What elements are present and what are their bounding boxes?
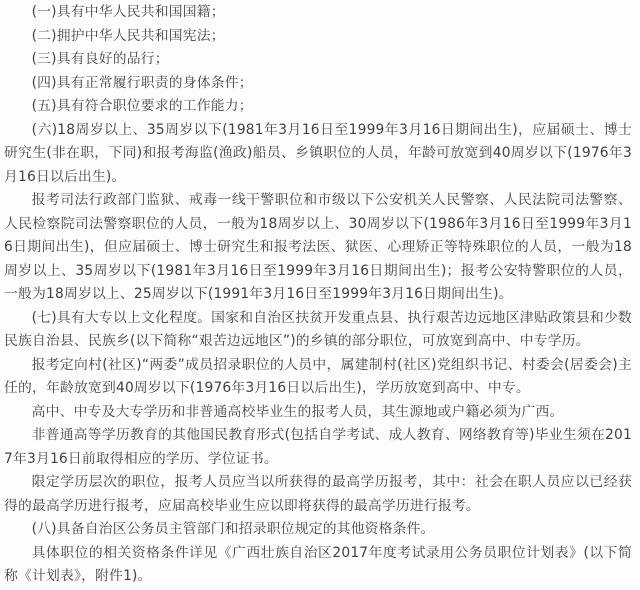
paragraph-item-6: (六)18周岁以上、35周岁以下(1981年3月16日至1999年3月16日期间…: [4, 119, 632, 190]
paragraph-item-7: (七)具有大专以上文化程度。国家和自治区扶贫开发重点县、执行艰苦边远地区津贴政策…: [4, 307, 632, 354]
paragraph-plan-table-reference: 具体职位的相关资格条件详见《广西壮族自治区2017年度考试录用公务员职位计划表》…: [4, 542, 632, 589]
paragraph-police-age-rules: 报考司法行政部门监狱、戒毒一线干警职位和市级以下公安机关人民警察、人民法院司法警…: [4, 189, 632, 307]
paragraph-residency-requirement: 高中、中专及大专学历和非普通高校毕业生的报考人员，其生源地或户籍必须为广西。: [4, 401, 632, 425]
paragraph-item-5: (五)具有符合职位要求的工作能力；: [4, 95, 632, 119]
paragraph-diploma-deadline: 非普通高等学历教育的其他国民教育形式(包括自学考试、成人教育、网络教育等)毕业生…: [4, 424, 632, 471]
paragraph-item-8: (八)具备自治区公务员主管部门和招录职位规定的其他资格条件。: [4, 518, 632, 542]
paragraph-item-3: (三)具有良好的品行；: [4, 48, 632, 72]
paragraph-item-1: (一)具有中华人民共和国国籍；: [4, 1, 632, 25]
document-page: (一)具有中华人民共和国国籍； (二)拥护中华人民共和国宪法； (三)具有良好的…: [0, 0, 640, 590]
paragraph-item-4: (四)具有正常履行职责的身体条件；: [4, 72, 632, 96]
paragraph-village-committee: 报考定向村(社区)“两委”成员招录职位的人员中，属建制村(社区)党组织书记、村委…: [4, 354, 632, 401]
paragraph-highest-degree-rule: 限定学历层次的职位，报考人员应当以所获得的最高学历报考，其中：社会在职人员应以已…: [4, 471, 632, 518]
paragraph-item-2: (二)拥护中华人民共和国宪法；: [4, 25, 632, 49]
